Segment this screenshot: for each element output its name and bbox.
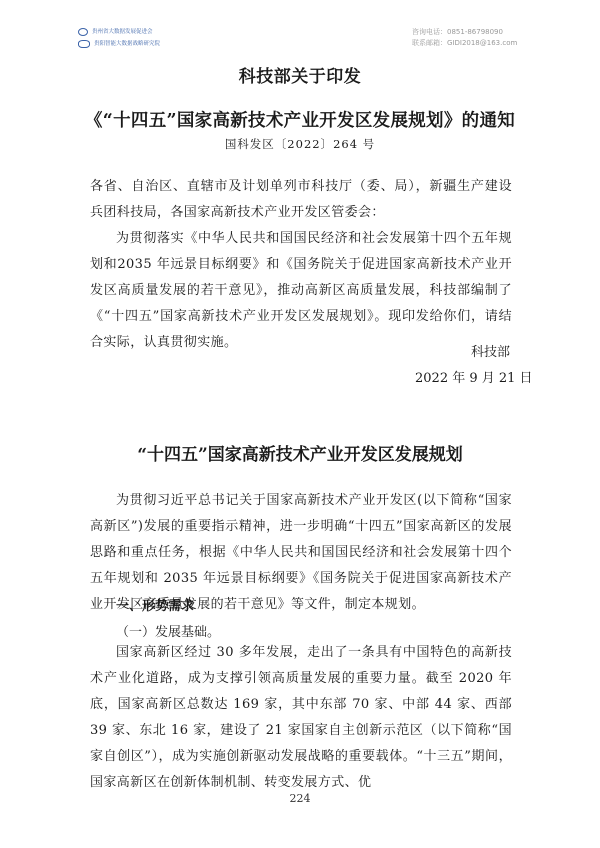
subsection-heading: （一）发展基础。 [116,621,220,640]
date: 2022 年 9 月 21 日 [415,367,533,386]
contact-email: 联系邮箱：GIDI2018@163.com [412,38,517,48]
notice-body: 为贯彻落实《中华人民共和国国民经济和社会发展第十四个五年规划和2035 年远景目… [90,226,512,356]
institute-logo: 贵阳智能大数据战略研究院 [78,40,160,48]
addressees: 各省、自治区、直辖市及计划单列市科技厅（委、局），新疆生产建设兵团科技局，各国家… [90,174,512,226]
institute-name: 贵阳智能大数据战略研究院 [94,41,160,48]
signature: 科技部 [471,341,510,360]
page-header: 贵州省大数据发展促进会 贵阳智能大数据战略研究院 咨询电话：0851-86798… [0,0,600,60]
institute-logo-icon [78,40,90,48]
page-number: 224 [0,792,600,805]
subsection-body: 国家高新区经过 30 多年发展，走出了一条具有中国特色的高新技术产业化道路，成为… [90,640,512,796]
org-logo: 贵州省大数据发展促进会 [78,28,153,36]
plan-title: “十四五”国家高新技术产业开发区发展规划 [0,440,600,465]
org-logo-icon [78,28,88,36]
document-number: 国科发区〔2022〕264 号 [0,136,600,152]
section-heading: 一、形势需求 [116,595,194,614]
org-name: 贵州省大数据发展促进会 [92,29,153,36]
contact-phone: 咨询电话：0851-86798090 [412,27,503,37]
notice-title-line1: 科技部关于印发 [0,62,600,87]
notice-title-line2: 《“十四五”国家高新技术产业开发区发展规划》的通知 [0,107,600,132]
